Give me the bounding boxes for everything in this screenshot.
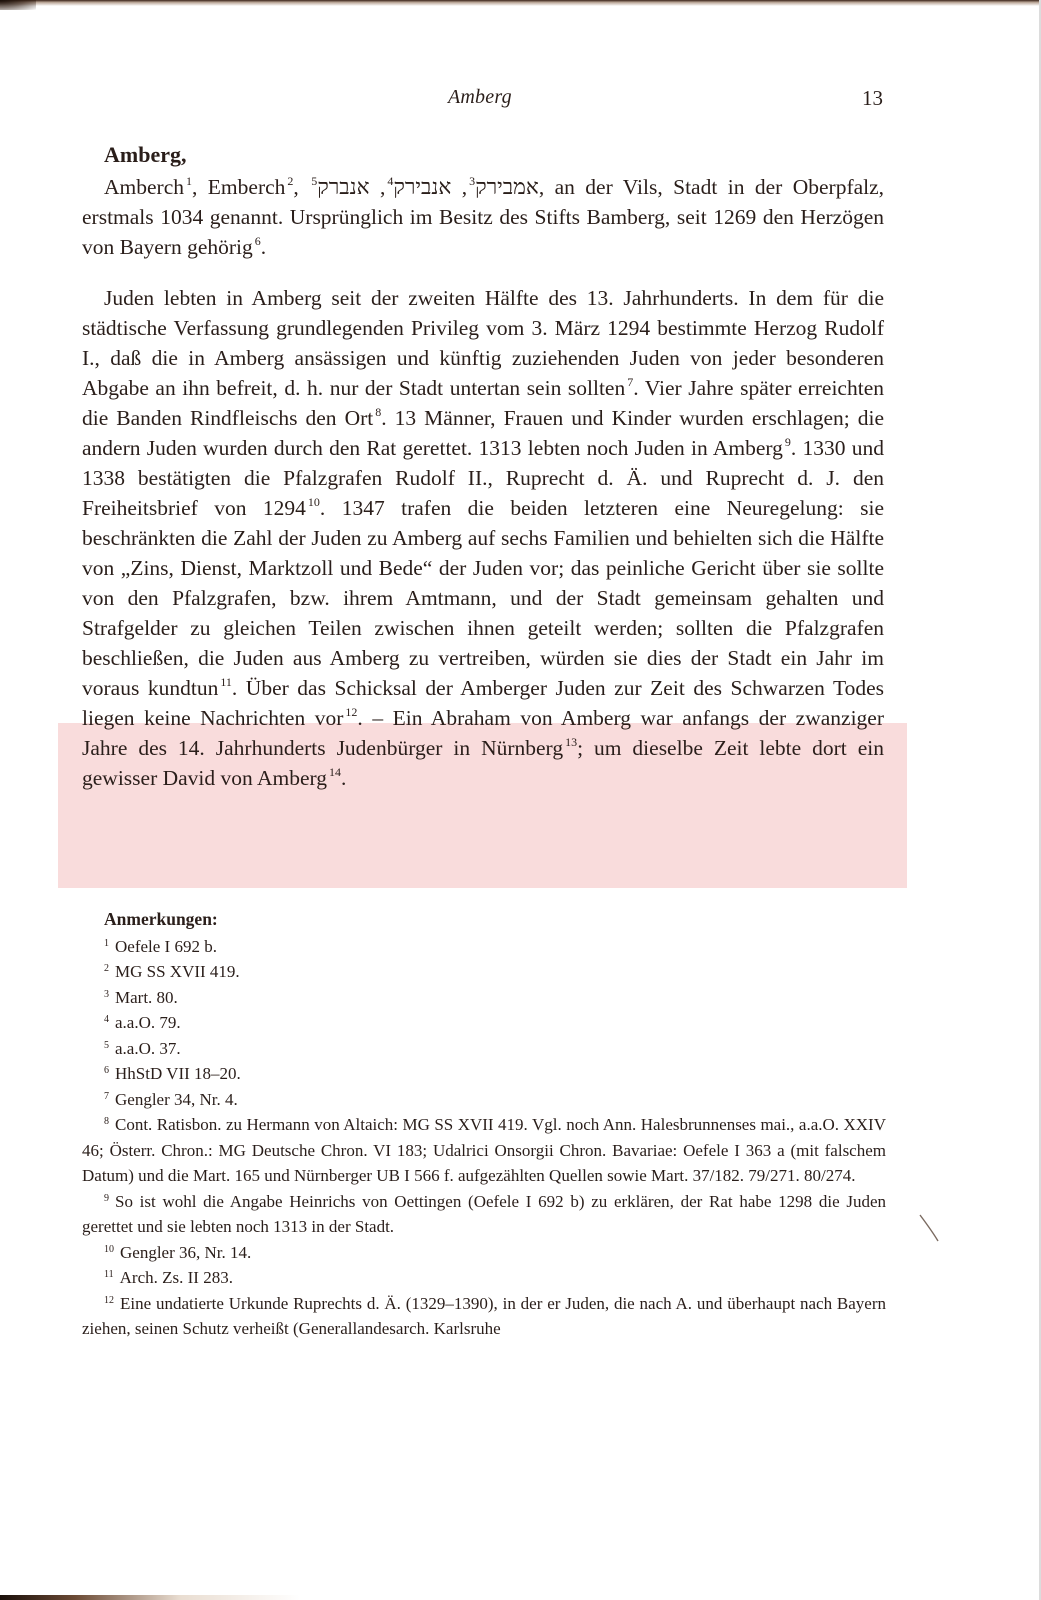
footnote-text: a.a.O. 37.	[115, 1039, 181, 1058]
entry-history-paragraph: Juden lebten in Amberg seit der zweiten …	[82, 283, 884, 793]
history-text: . 1347 trafen die beiden letzteren eine …	[82, 496, 884, 700]
footnote-ref: 14	[329, 765, 341, 779]
footnote-ref: 6	[255, 234, 261, 248]
footnote-number: 3	[104, 989, 109, 1000]
hebrew-name-variant: אנבירק	[393, 175, 451, 199]
footnote-text: Gengler 36, Nr. 14.	[120, 1243, 251, 1262]
footnote-text: MG SS XVII 419.	[115, 962, 240, 981]
footnote: 12Eine undatierte Urkunde Ruprechts d. Ä…	[82, 1291, 886, 1342]
footnote: 7Gengler 34, Nr. 4.	[104, 1087, 886, 1113]
running-title: Amberg	[448, 86, 512, 109]
footnote-ref: 13	[565, 735, 577, 749]
footnote: 3Mart. 80.	[104, 985, 886, 1011]
footnote-ref: 2	[287, 174, 293, 188]
footnote-text: Gengler 34, Nr. 4.	[115, 1090, 238, 1109]
footnote: 5a.a.O. 37.	[104, 1036, 886, 1062]
footnote: 9So ist wohl die Angabe Heinrichs von Oe…	[82, 1189, 886, 1240]
footnote-ref: 12	[345, 705, 357, 719]
footnote: 8Cont. Ratisbon. zu Hermann von Altaich:…	[82, 1112, 886, 1189]
footnote-text: Cont. Ratisbon. zu Hermann von Altaich: …	[82, 1115, 886, 1185]
notes-heading: Anmerkungen:	[104, 907, 886, 933]
footnote-number: 4	[104, 1014, 109, 1025]
footnote: 11Arch. Zs. II 283.	[104, 1265, 886, 1291]
footnote-text: Mart. 80.	[115, 988, 178, 1007]
footnote-text: So ist wohl die Angabe Heinrichs von Oet…	[82, 1192, 886, 1237]
page-corner-shadow	[0, 0, 36, 10]
footnote-text: Oefele I 692 b.	[115, 937, 217, 956]
footnote-number: 12	[104, 1295, 114, 1306]
footnote-ref: 1	[186, 174, 192, 188]
footnote-text: a.a.O. 79.	[115, 1013, 181, 1032]
footnote-number: 7	[104, 1091, 109, 1102]
footnote: 6HhStD VII 18–20.	[104, 1061, 886, 1087]
footnote-number: 8	[104, 1116, 109, 1127]
name-variant: Amberch	[104, 175, 184, 199]
name-variant: Emberch	[208, 175, 286, 199]
footnote: 4a.a.O. 79.	[104, 1010, 886, 1036]
footnote-ref: 10	[308, 495, 320, 509]
footnote-ref: 11	[220, 675, 232, 689]
highlighted-text: .	[341, 766, 346, 790]
footnotes: Anmerkungen: 1Oefele I 692 b. 2MG SS XVI…	[104, 907, 886, 1342]
entry-title: Amberg,	[104, 142, 186, 168]
footnote: 2MG SS XVII 419.	[104, 959, 886, 985]
page-edge-shadow-bottom	[0, 1595, 300, 1600]
footnote-number: 10	[104, 1244, 114, 1255]
running-header: Amberg 13	[0, 86, 1041, 112]
page-number: 13	[862, 86, 883, 111]
footnote-text: Arch. Zs. II 283.	[120, 1268, 233, 1287]
pencil-mark-icon	[918, 1213, 940, 1243]
footnote-number: 11	[104, 1269, 114, 1280]
hebrew-name-variant: אמבירק	[475, 175, 539, 199]
footnote-number: 6	[104, 1065, 109, 1076]
footnote: 1Oefele I 692 b.	[104, 934, 886, 960]
footnote-number: 9	[104, 1193, 109, 1204]
page-edge-shadow-top	[0, 0, 1041, 6]
footnote-text: Eine undatierte Urkunde Ruprechts d. Ä. …	[82, 1294, 886, 1339]
footnote: 10Gengler 36, Nr. 14.	[104, 1240, 886, 1266]
footnote-number: 1	[104, 938, 109, 949]
footnote-number: 2	[104, 963, 109, 974]
footnote-number: 5	[104, 1040, 109, 1051]
footnote-text: HhStD VII 18–20.	[115, 1064, 241, 1083]
entry-intro-paragraph: Amberch1, Emberch2, אמבירק3, אנבירק4, אנ…	[82, 172, 884, 262]
hebrew-name-variant: אנברק	[317, 175, 369, 199]
